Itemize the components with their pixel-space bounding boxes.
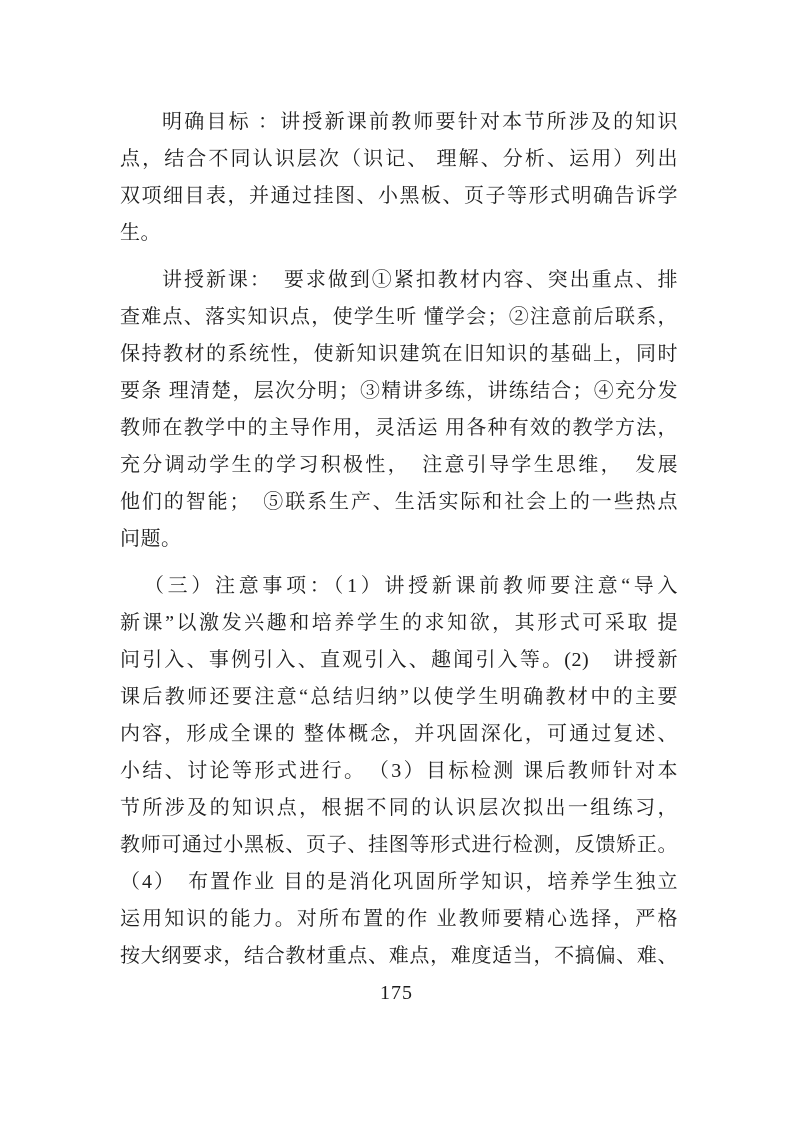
text-line: 点，结合不同认识层次（识记、 理解、分析、运用）列出 xyxy=(120,141,678,178)
text-line: 小结、讨论等形式进行。 （3）目标检测 课后教师针对本 xyxy=(120,753,678,790)
text-line: 节所涉及的知识点，根据不同的认识层次拟出一组练习， xyxy=(120,790,678,827)
document-text-block: 明确目标 ：讲授新课前教师要针对本节所涉及的知识 点，结合不同认识层次（识记、 … xyxy=(120,104,678,975)
text-line: 问引入、事例引入、直观引入、趣闻引入等。(2) 讲授新 xyxy=(120,642,678,679)
text-line: 生。 xyxy=(120,215,678,252)
text-line: 内容，形成全课的 整体概念，并巩固深化，可通过复述、 xyxy=(120,716,678,753)
text-line: 课后教师还要注意“总结归纳”以使学生明确教材中的主要 xyxy=(120,679,678,716)
text-line: 新课”以激发兴趣和培养学生的求知欲，其形式可采取 提 xyxy=(120,605,678,642)
text-line: 保持教材的系统性，使新知识建筑在旧知识的基础上，同时 xyxy=(120,336,678,373)
paragraph-teaching-new-lesson: 讲授新课： 要求做到①紧扣教材内容、突出重点、排 查难点、落实知识点，使学生听 … xyxy=(120,262,678,558)
paragraph-clear-goals: 明确目标 ：讲授新课前教师要针对本节所涉及的知识 点，结合不同认识层次（识记、 … xyxy=(120,104,678,252)
text-line: 按大纲要求，结合教材重点、难点，难度适当，不搞偏、难、 xyxy=(120,938,678,975)
text-line: 查难点、落实知识点，使学生听 懂学会；②注意前后联系， xyxy=(120,299,678,336)
text-line: 运用知识的能力。对所布置的作 业教师要精心选择，严格 xyxy=(120,901,678,938)
text-line: 教师在教学中的主导作用，灵活运 用各种有效的教学方法， xyxy=(120,410,678,447)
text-line: （三）注意事项：（1）讲授新课前教师要注意“导入 xyxy=(120,568,678,605)
text-line: 双项细目表，并通过挂图、小黑板、页子等形式明确告诉学 xyxy=(120,178,678,215)
text-line: 他们的智能； ⑤联系生产、生活实际和社会上的一些热点 xyxy=(120,484,678,521)
text-line: （4） 布置作业 目的是消化巩固所学知识，培养学生独立 xyxy=(120,864,678,901)
text-line: 明确目标 ：讲授新课前教师要针对本节所涉及的知识 xyxy=(120,104,678,141)
text-line: 教师可通过小黑板、页子、挂图等形式进行检测，反馈矫正。 xyxy=(120,827,678,864)
text-line: 充分调动学生的学习积极性， 注意引导学生思维， 发展 xyxy=(120,447,678,484)
text-line: 讲授新课： 要求做到①紧扣教材内容、突出重点、排 xyxy=(120,262,678,299)
paragraph-notes: （三）注意事项：（1）讲授新课前教师要注意“导入 新课”以激发兴趣和培养学生的求… xyxy=(120,568,678,975)
page-number: 175 xyxy=(0,982,793,1005)
document-page: 明确目标 ：讲授新课前教师要针对本节所涉及的知识 点，结合不同认识层次（识记、 … xyxy=(0,0,793,1122)
text-line: 问题。 xyxy=(120,521,678,558)
text-line: 要条 理清楚，层次分明；③精讲多练，讲练结合；④充分发挥 xyxy=(120,373,678,410)
